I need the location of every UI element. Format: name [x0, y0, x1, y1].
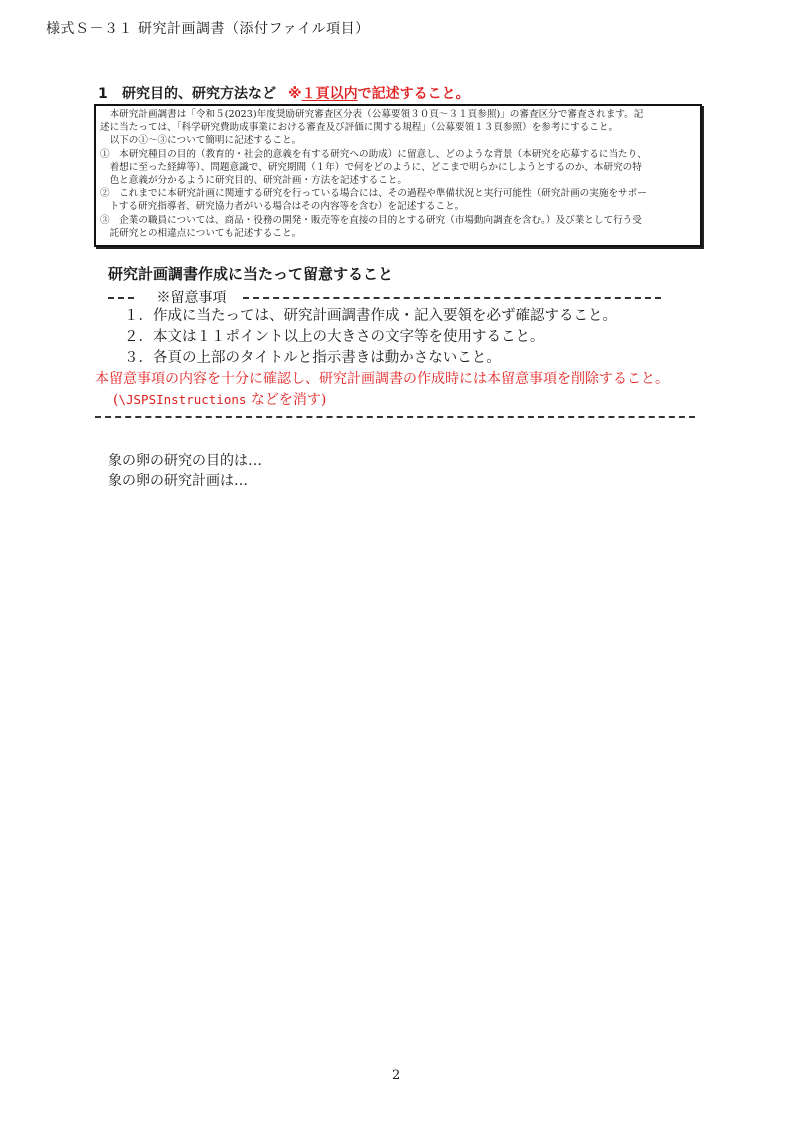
- page-number: 2: [392, 1068, 400, 1083]
- instruction-line: トする研究指導者、研究協力者がいる場合はその内容等を含む）を記述すること。: [100, 200, 696, 213]
- delete-notes-warning: 本留意事項の内容を十分に確認し、研究計画調書の作成時には本留意事項を削除すること…: [95, 368, 669, 388]
- section-title: 1研究目的、研究方法など※１頁以内で記述すること。: [98, 83, 470, 103]
- instruction-line: 以下の①～③について簡明に記述すること。: [100, 134, 696, 147]
- instruction-line: 本研究計画調書は「令和５(2023)年度奨励研究審査区分表（公募要領３０頁～３１…: [100, 108, 696, 121]
- page-limit-underlined: １頁以内: [302, 86, 358, 102]
- delete-command-hint: (\JSPSInstructions などを消す): [113, 389, 326, 409]
- dash-divider: [108, 297, 134, 299]
- note-item: ３．各頁の上部のタイトルと指示書きは動かさないこと。: [124, 346, 501, 367]
- instruction-line: 託研究との相違点についても記述すること。: [100, 227, 696, 240]
- note-item: ２．本文は１１ポイント以上の大きさの文字等を使用すること。: [124, 325, 545, 346]
- instruction-line: 述に当たっては、「科学研究費助成事業における審査及び評価に関する規程」（公募要領…: [100, 121, 696, 134]
- section-title-text: 研究目的、研究方法など: [122, 86, 276, 102]
- form-header-title: 様式Ｓ－３１ 研究計画調書（添付ファイル項目）: [46, 18, 370, 38]
- body-text-line: 象の卵の研究計画は…: [108, 470, 248, 490]
- dash-divider: [243, 297, 661, 299]
- notes-footer-row: [95, 409, 695, 425]
- instruction-line: ② これまでに本研究計画に関連する研究を行っている場合には、その過程や準備状況と…: [100, 187, 696, 200]
- page-limit-note: ※１頁以内で記述すること。: [288, 86, 470, 102]
- instruction-line: 色と意義が分かるように研究目的、研究計画・方法を記述すること。: [100, 174, 696, 187]
- instructions-box: 本研究計画調書は「令和５(2023)年度奨励研究審査区分表（公募要領３０頁～３１…: [94, 104, 702, 247]
- section-number: 1: [98, 86, 122, 102]
- command-code: \JSPSInstructions: [118, 392, 246, 407]
- body-text-line: 象の卵の研究の目的は…: [108, 450, 262, 470]
- notes-heading: 研究計画調書作成に当たって留意すること: [108, 263, 393, 284]
- dash-divider: [95, 416, 695, 418]
- instruction-line: ① 本研究種目の目的（教育的・社会的意義を有する研究への助成）に留意し、どのよう…: [100, 148, 696, 161]
- instruction-line: 着想に至った経緯等）、問題意識で、研究期間（１年）で何をどのように、どこまで明ら…: [100, 161, 696, 174]
- instruction-line: ③ 企業の職員については、商品・役務の開発・販売等を直接の目的とする研究（市場動…: [100, 214, 696, 227]
- note-item: １．作成に当たっては、研究計画調書作成・記入要領を必ず確認すること。: [124, 304, 617, 325]
